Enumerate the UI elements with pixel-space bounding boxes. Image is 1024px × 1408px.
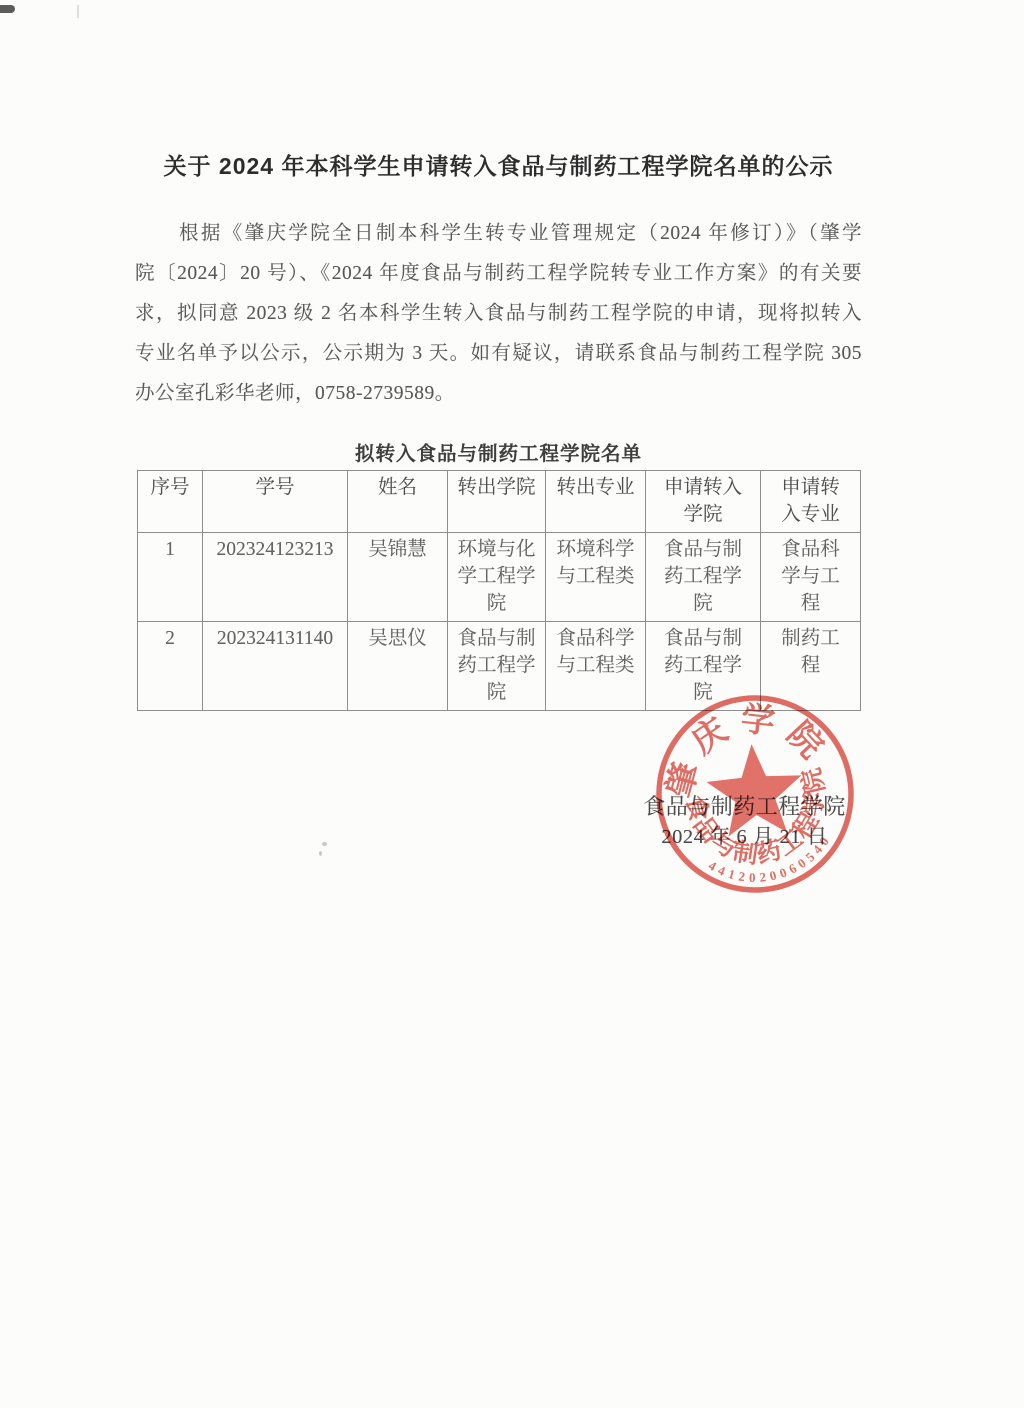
table-cell: 食品与制药工程学院 — [448, 622, 546, 711]
table-row: 1202324123213吴锦慧环境与化学工程学院环境科学与工程类食品与制药工程… — [138, 533, 861, 622]
table-cell: 202324131140 — [203, 622, 348, 711]
document-title: 关于 2024 年本科学生申请转入食品与制药工程学院名单的公示 — [135, 148, 862, 181]
paragraph-line: 院〔2024〕20 号）、《2024 年度食品与制药工程学院转专业工作方案》的有… — [135, 254, 862, 294]
table-header-cell: 序号 — [138, 471, 203, 533]
table-caption: 拟转入食品与制药工程学院名单 — [135, 438, 862, 466]
table-header-row: 序号学号姓名转出学院转出专业申请转入学院申请转入专业 — [138, 471, 861, 533]
table-cell: 吴思仪 — [348, 622, 448, 711]
paragraph-line: 根据《肇庆学院全日制本科学生转专业管理规定（2024 年修订）》（肇学 — [135, 214, 862, 254]
scan-speck-dash — [77, 5, 79, 18]
table-cell: 环境科学与工程类 — [546, 533, 646, 622]
table-cell: 环境与化学工程学院 — [448, 533, 546, 622]
announcement-paragraph: 根据《肇庆学院全日制本科学生转专业管理规定（2024 年修订）》（肇学院〔202… — [135, 214, 862, 414]
paragraph-line: 办公室孔彩华老师，0758-2739589。 — [135, 374, 862, 414]
table-header-cell: 转出专业 — [546, 471, 646, 533]
scanned-announcement-page: 关于 2024 年本科学生申请转入食品与制药工程学院名单的公示 根据《肇庆学院全… — [0, 0, 1024, 1408]
table-cell: 202324123213 — [203, 533, 348, 622]
table-header-cell: 转出学院 — [448, 471, 546, 533]
stamp-star-icon — [704, 741, 805, 838]
table-cell: 吴锦慧 — [348, 533, 448, 622]
table-header-cell: 学号 — [203, 471, 348, 533]
paragraph-line: 求，拟同意 2023 级 2 名本科学生转入食品与制药工程学院的申请，现将拟转入 — [135, 294, 862, 334]
scan-speck-topleft — [0, 5, 15, 13]
table-cell: 食品与制药工程学院 — [646, 533, 761, 622]
table-cell: 食品科学与工程 — [761, 533, 861, 622]
paragraph-line: 专业名单予以公示，公示期为 3 天。如有疑议，请联系食品与制药工程学院 305 — [135, 334, 862, 374]
table-header-cell: 申请转入专业 — [761, 471, 861, 533]
scan-speck-middle — [318, 842, 328, 860]
table-cell: 2 — [138, 622, 203, 711]
table-header-cell: 姓名 — [348, 471, 448, 533]
table-cell: 食品科学与工程类 — [546, 622, 646, 711]
table-cell: 1 — [138, 533, 203, 622]
table-header-cell: 申请转入学院 — [646, 471, 761, 533]
